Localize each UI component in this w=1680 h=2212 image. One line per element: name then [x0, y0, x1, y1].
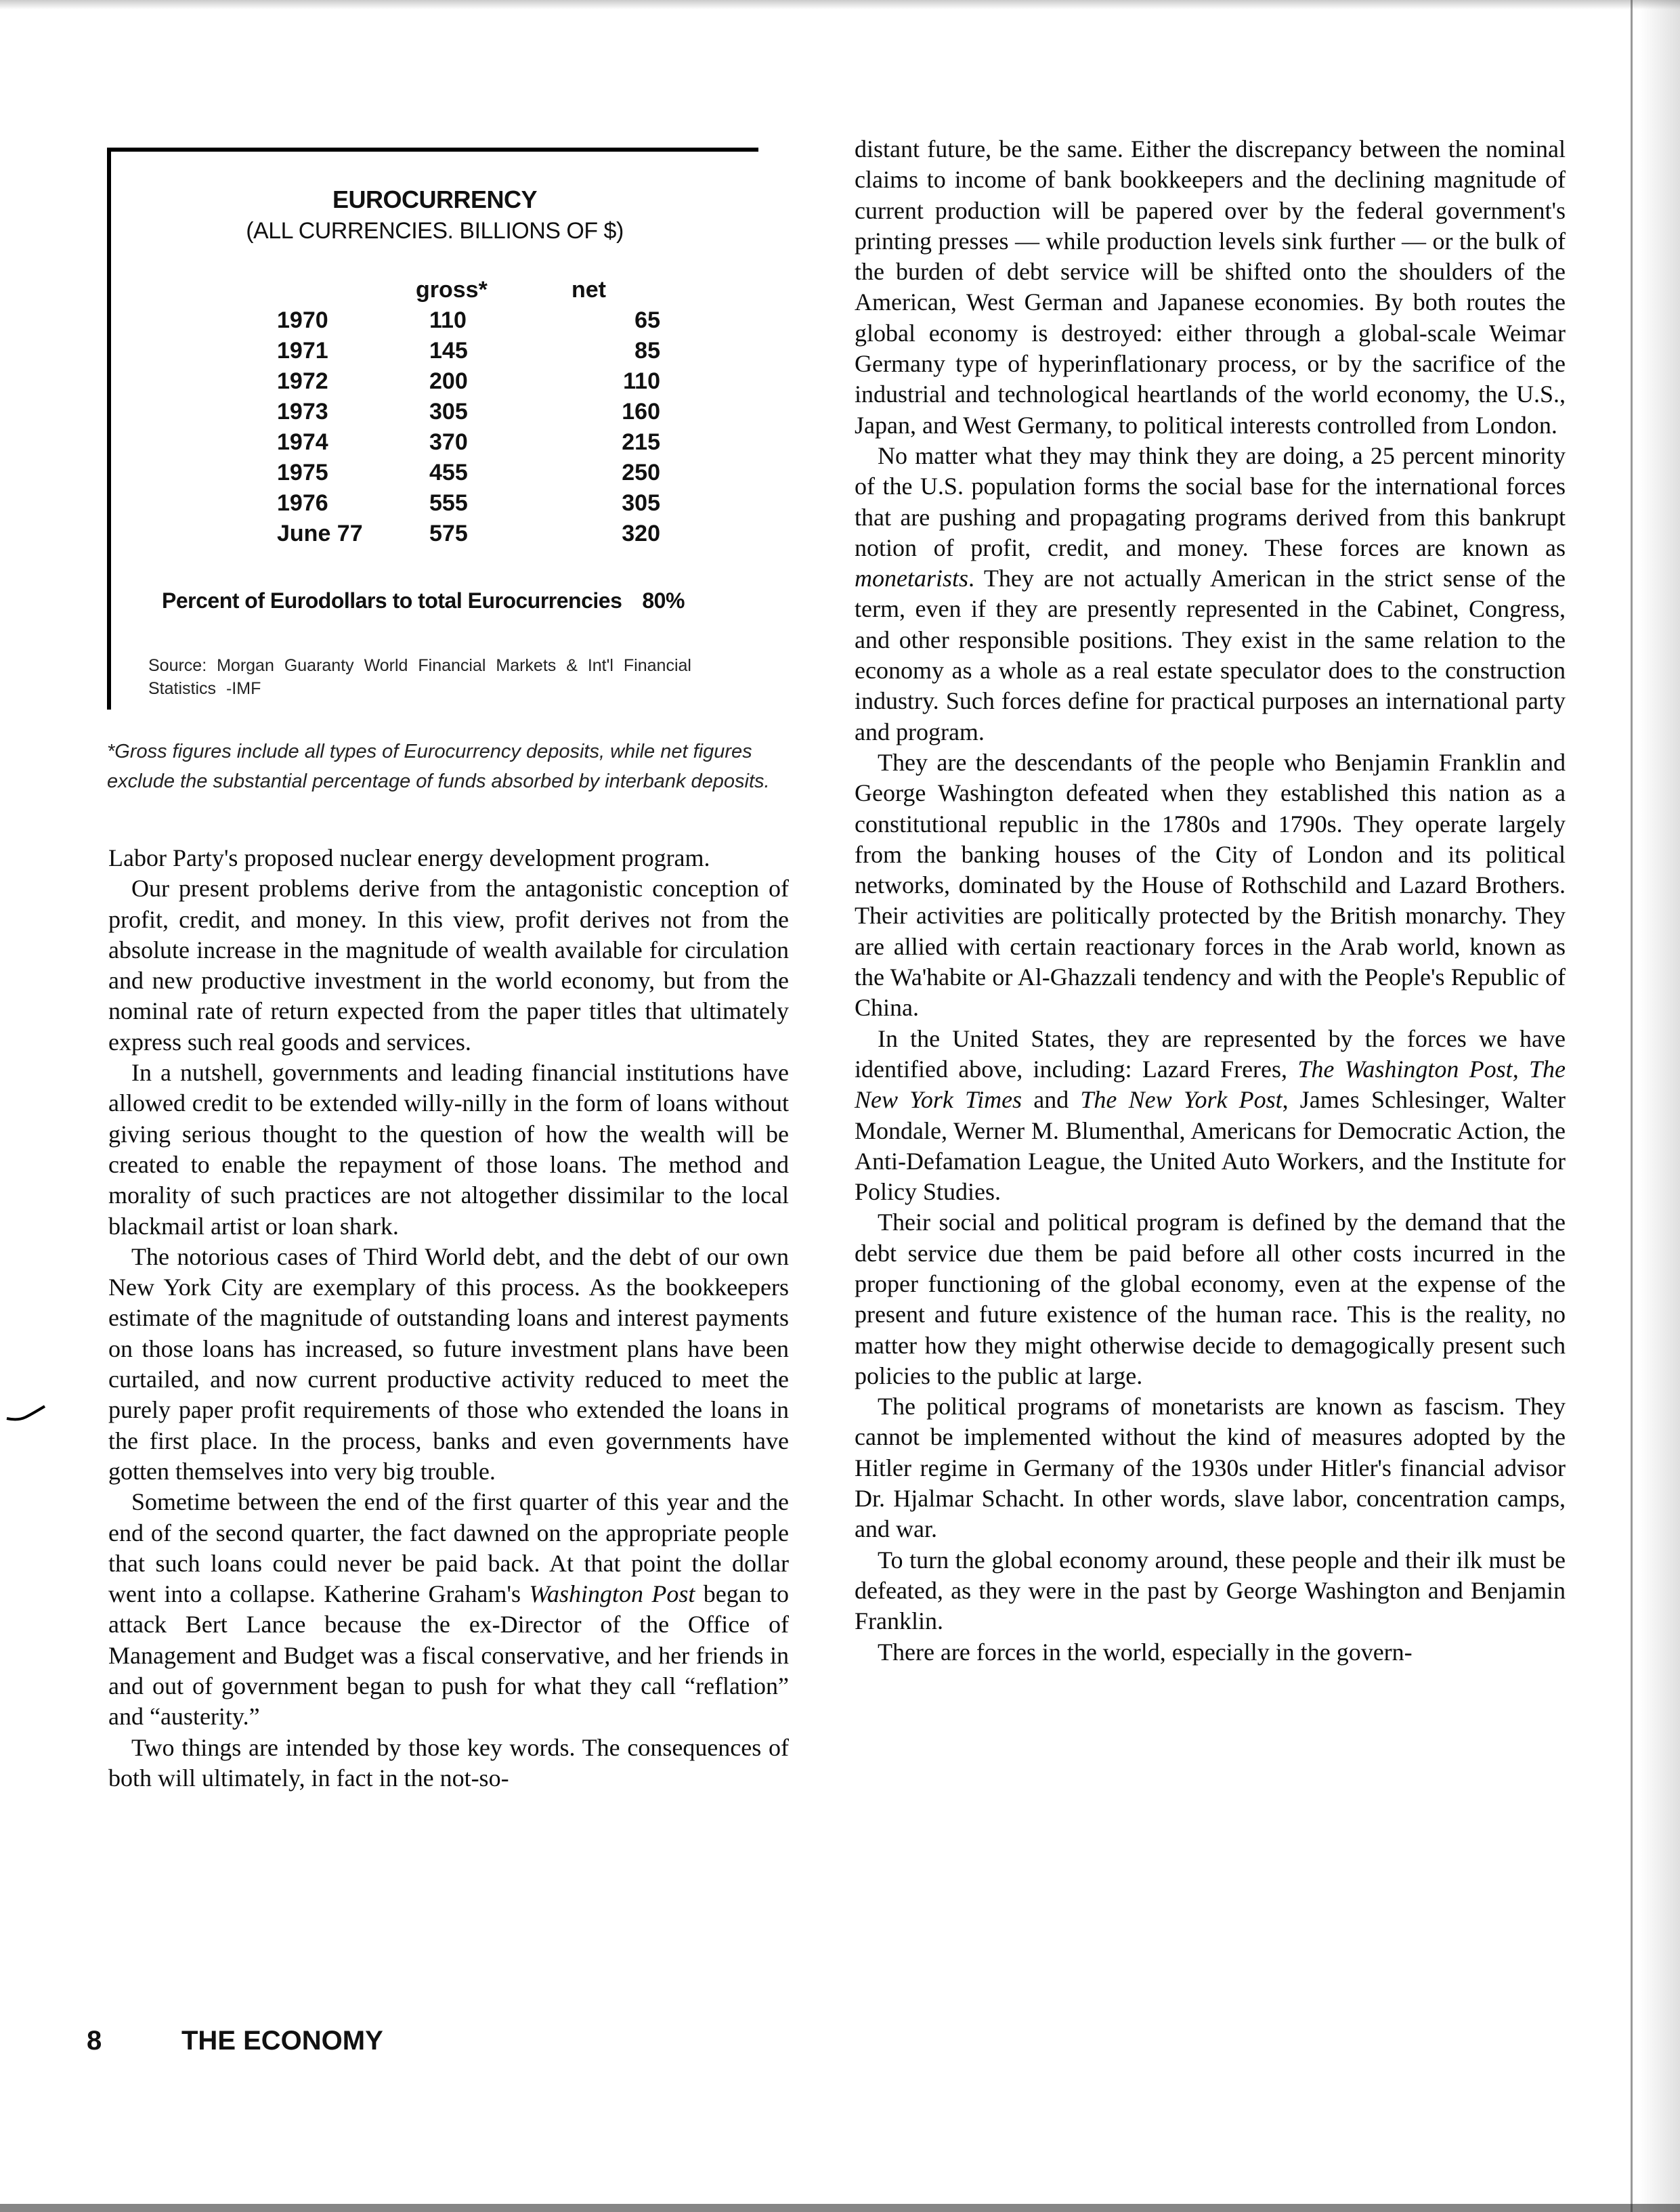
- paragraph: Our present problems derive from the ant…: [108, 873, 789, 1058]
- table-row: 1970 110 65: [111, 307, 758, 338]
- row-net: 250: [622, 460, 660, 486]
- page-number: 8: [87, 2026, 181, 2056]
- margin-check-mark-icon: [5, 1405, 46, 1424]
- paragraph: distant future, be the same. Either the …: [855, 134, 1566, 441]
- row-year: 1970: [277, 307, 328, 334]
- table-title: EUROCURRENCY: [111, 186, 758, 214]
- scan-binding-line: [1631, 0, 1633, 2212]
- row-year: June 77: [277, 521, 363, 547]
- scan-artifact-bottom: [0, 2204, 1680, 2212]
- table-row: 1972 200 110: [111, 368, 758, 399]
- row-gross: 555: [429, 490, 468, 517]
- row-gross: 200: [429, 368, 468, 395]
- section-title: THE ECONOMY: [181, 2026, 383, 2056]
- publication-title: The New York Post: [1080, 1086, 1282, 1113]
- percent-label: Percent of Eurodollars to total Eurocurr…: [162, 588, 622, 613]
- row-year: 1972: [277, 368, 328, 395]
- publication-title: Washington Post: [529, 1580, 695, 1607]
- scan-artifact-top: [0, 0, 1680, 9]
- table-subtitle: (ALL CURRENCIES. BILLIONS OF $): [111, 218, 758, 244]
- column-header-net: net: [572, 277, 606, 303]
- paragraph: Two things are intended by those key wor…: [108, 1733, 789, 1794]
- column-header-gross: gross*: [416, 277, 488, 303]
- paragraph: They are the descendants of the people w…: [855, 747, 1566, 1024]
- percent-value: 80%: [642, 588, 685, 613]
- row-net: 85: [634, 338, 660, 364]
- row-net: 320: [622, 521, 660, 547]
- eurodollar-percent-line: Percent of Eurodollars to total Eurocurr…: [162, 588, 685, 613]
- row-net: 215: [622, 429, 660, 456]
- row-gross: 305: [429, 399, 468, 425]
- row-gross: 145: [429, 338, 468, 364]
- page-footer: 8THE ECONOMY: [87, 2026, 383, 2056]
- text-run: and: [1022, 1086, 1080, 1113]
- row-net: 160: [622, 399, 660, 425]
- article-column-left: Labor Party's proposed nuclear energy de…: [108, 843, 789, 1794]
- paragraph: Labor Party's proposed nuclear energy de…: [108, 843, 789, 873]
- row-gross: 110: [429, 307, 467, 334]
- paragraph: In the United States, they are represent…: [855, 1024, 1566, 1208]
- row-gross: 455: [429, 460, 468, 486]
- emphasis-term: monetarists: [855, 565, 968, 592]
- paragraph: No matter what they may think they are d…: [855, 441, 1566, 747]
- paragraph: Sometime between the end of the first qu…: [108, 1487, 789, 1732]
- text-run: No matter what they may think they are d…: [855, 442, 1566, 561]
- table-row: 1976 555 305: [111, 490, 758, 521]
- article-column-right: distant future, be the same. Either the …: [855, 134, 1566, 1668]
- paragraph: The political programs of monetarists ar…: [855, 1391, 1566, 1544]
- table-row: 1974 370 215: [111, 429, 758, 460]
- table-row: 1973 305 160: [111, 399, 758, 429]
- paragraph: To turn the global economy around, these…: [855, 1545, 1566, 1637]
- table-row: 1971 145 85: [111, 338, 758, 368]
- paragraph: The notorious cases of Third World debt,…: [108, 1242, 789, 1487]
- paragraph: Their social and political program is de…: [855, 1207, 1566, 1391]
- table-source: Source: Morgan Guaranty World Financial …: [148, 654, 724, 700]
- row-net: 65: [634, 307, 660, 334]
- eurocurrency-table: EUROCURRENCY (ALL CURRENCIES. BILLIONS O…: [107, 148, 758, 710]
- row-year: 1976: [277, 490, 328, 517]
- row-year: 1975: [277, 460, 328, 486]
- scan-artifact-right: [1639, 0, 1680, 2212]
- row-year: 1974: [277, 429, 328, 456]
- row-net: 305: [622, 490, 660, 517]
- row-gross: 370: [429, 429, 468, 456]
- row-gross: 575: [429, 521, 468, 547]
- row-year: 1973: [277, 399, 328, 425]
- table-row: 1975 455 250: [111, 460, 758, 490]
- paragraph: In a nutshell, governments and leading f…: [108, 1058, 789, 1242]
- paragraph: There are forces in the world, especiall…: [855, 1637, 1566, 1668]
- row-year: 1971: [277, 338, 328, 364]
- row-net: 110: [623, 368, 660, 395]
- table-footnote: *Gross figures include all types of Euro…: [107, 737, 784, 796]
- table-row: June 77 575 320: [111, 521, 758, 551]
